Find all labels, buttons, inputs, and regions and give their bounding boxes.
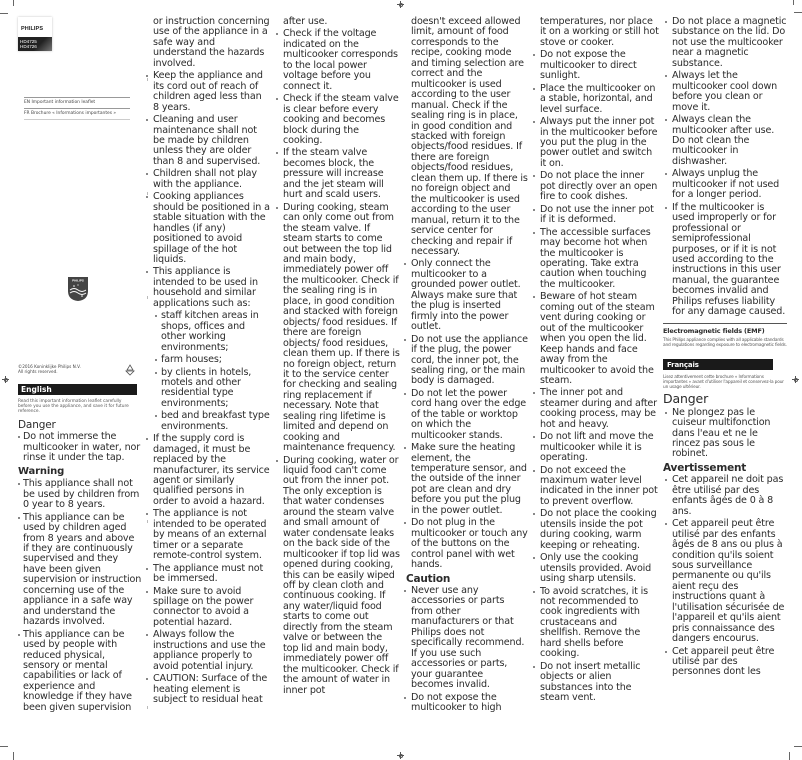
- caution-heading: Caution: [406, 574, 528, 584]
- list-item: During cooking, water or liquid food can…: [274, 456, 400, 696]
- list-item: Do not place a magnetic substance on the…: [663, 17, 787, 69]
- english-column-3: after use. Check if the voltage indicate…: [274, 17, 400, 698]
- leaflet-page: PHILIPS HD4725 HD4726 EN Important infor…: [0, 0, 802, 760]
- sub-list-item: by clients in hotels, motels and other r…: [144, 368, 270, 410]
- list-item: Only use the cooking utensils provided. …: [531, 553, 659, 584]
- english-french-column: Do not place a magnetic substance on the…: [663, 17, 787, 680]
- warning-list-cont: Check if the voltage indicated on the mu…: [274, 29, 400, 696]
- crop-mark: [13, 0, 14, 6]
- list-item: Cet appareil peut être utilisé par des e…: [663, 519, 787, 644]
- list-item: The appliance must not be immersed.: [144, 564, 270, 585]
- registration-mark-icon: [792, 376, 799, 383]
- model-numbers: HD4725 HD4726: [18, 37, 52, 51]
- list-item: Do not use the inner pot if it is deform…: [531, 205, 659, 226]
- english-column-4: doesn't exceed allowed limit, amount of …: [402, 17, 528, 715]
- list-item: If the steam valve becomes block, the pr…: [274, 148, 400, 200]
- model-number: HD4726: [20, 44, 50, 49]
- list-item: Do not expose the multicooker to direct …: [531, 50, 659, 81]
- fold-tick: [147, 520, 148, 523]
- list-item: This appliance can be used by children a…: [18, 513, 142, 628]
- list-item: Children shall not play with the applian…: [144, 169, 270, 190]
- copyright-notice: ©2016 Koninklijke Philips N.V. All right…: [18, 364, 81, 374]
- list-item: Do not use the appliance if the plug, th…: [402, 335, 528, 387]
- continued-text: or instruction concerning use of the app…: [144, 17, 270, 69]
- english-column-2: or instruction concerning use of the app…: [144, 17, 270, 708]
- crop-mark: [794, 12, 802, 13]
- list-item: Cooking appliances should be positioned …: [144, 192, 270, 265]
- warning-heading: Warning: [18, 467, 142, 477]
- list-item: Make sure the heating element, the tempe…: [402, 443, 528, 516]
- list-item: The appliance is not intended to be oper…: [144, 509, 270, 561]
- english-column-5: temperatures, nor place it on a working …: [531, 17, 659, 706]
- list-item: Do not lift and move the multicooker whi…: [531, 432, 659, 463]
- registration-mark-icon: [2, 376, 9, 383]
- language-entry-en: EN Important information leaflet: [24, 97, 130, 108]
- caution-list-cont: Do not place a magnetic substance on the…: [663, 17, 787, 318]
- fold-tick: [147, 78, 148, 81]
- list-item: Do not plug in the multicooker or touch …: [402, 518, 528, 570]
- danger-list: Do not immerse the multicooker in water,…: [18, 432, 142, 463]
- sub-list-item: staff kitchen areas in shops, offices an…: [144, 311, 270, 353]
- crop-mark: [0, 13, 8, 14]
- list-item: Always let the multicooker cool down bef…: [663, 71, 787, 113]
- list-item: Do not immerse the multicooker in water,…: [18, 432, 142, 463]
- list-item: Do not exceed the maximum water level in…: [531, 466, 659, 508]
- section-header-english: English: [18, 384, 137, 395]
- list-item: Keep the appliance and its cord out of r…: [144, 71, 270, 113]
- list-item: If the multicooker is used improperly or…: [663, 203, 787, 318]
- registration-mark-icon: [397, 752, 404, 759]
- list-item: Place the multicooker on a stable, horiz…: [531, 84, 659, 115]
- list-item: During cooking, steam can only come out …: [274, 203, 400, 454]
- english-intro: Read this important information leaflet …: [18, 399, 136, 415]
- crop-mark: [789, 752, 790, 760]
- list-item: Ne plongez pas le cuiseur multifonction …: [663, 408, 787, 460]
- list-item: Check if the steam valve is clear before…: [274, 94, 400, 146]
- caution-list-cont: Do not expose the multicooker to direct …: [531, 50, 659, 703]
- list-item: Do not place the cooking utensils inside…: [531, 509, 659, 551]
- list-item: The accessible surfaces may become hot w…: [531, 228, 659, 291]
- list-item: Do not expose the multicooker to high: [402, 693, 528, 714]
- list-item: Cet appareil ne doit pas être utilisé pa…: [663, 475, 787, 517]
- list-item: Always follow the instructions and use t…: [144, 630, 270, 672]
- warning-list-cont: Only connect the multicooker to a ground…: [402, 259, 528, 570]
- list-item: Do not let the power cord hang over the …: [402, 389, 528, 441]
- list-item: Never use any accessories or parts from …: [402, 586, 528, 691]
- fold-tick: [147, 192, 148, 195]
- philips-shield-icon: PHILIPS: [67, 276, 89, 302]
- list-item: Always clean the multicooker after use. …: [663, 115, 787, 167]
- warning-list: This appliance shall not be used by chil…: [18, 479, 142, 713]
- list-item: To avoid scratches, it is not recommende…: [531, 587, 659, 660]
- crop-mark: [793, 0, 794, 5]
- list-item: Cleaning and user maintenance shall not …: [144, 115, 270, 167]
- warning-list-fr: Cet appareil ne doit pas être utilisé pa…: [663, 475, 787, 678]
- danger-heading-fr: Danger: [663, 394, 787, 404]
- philips-logo-box: PHILIPS HD4725 HD4726: [18, 17, 52, 51]
- list-item: If the supply cord is damaged, it must b…: [144, 434, 270, 507]
- sub-list-item: bed and breakfast type environments.: [144, 411, 270, 432]
- continued-text: doesn't exceed allowed limit, amount of …: [402, 17, 528, 257]
- warning-list-cont: Keep the appliance and its cord out of r…: [144, 71, 270, 705]
- continued-text: after use.: [274, 17, 400, 27]
- list-item: Always put the inner pot in the multicoo…: [531, 117, 659, 169]
- list-item: This appliance shall not be used by chil…: [18, 479, 142, 510]
- list-item: Always unplug the multicooker if not use…: [663, 169, 787, 200]
- warning-heading-fr: Avertissement: [663, 463, 787, 473]
- list-item: Check if the voltage indicated on the mu…: [274, 29, 400, 92]
- section-header-francais: Français: [663, 359, 773, 370]
- fold-tick: [147, 706, 148, 709]
- brand-wordmark: PHILIPS: [21, 26, 43, 32]
- caution-list: Never use any accessories or parts from …: [402, 586, 528, 713]
- emf-text: This Philips appliance complies with all…: [663, 338, 787, 348]
- crop-mark: [13, 752, 14, 760]
- list-item: The inner pot and steamer during and aft…: [531, 388, 659, 430]
- list-item: Do not place the inner pot directly over…: [531, 171, 659, 202]
- english-column-1: Danger Do not immerse the multicooker in…: [18, 419, 142, 715]
- svg-text:PHILIPS: PHILIPS: [72, 278, 84, 282]
- emf-heading: Electromagnetic fields (EMF): [663, 323, 787, 336]
- list-item: CAUTION: Surface of the heating element …: [144, 674, 270, 705]
- list-item: This appliance is intended to be used in…: [144, 267, 270, 309]
- list-item: Beware of hot steam coming out of the st…: [531, 292, 659, 386]
- list-item: Do not insert metallic objects or alien …: [531, 662, 659, 704]
- danger-heading: Danger: [18, 420, 142, 430]
- language-entry-fr: FR Brochure « Informations importantes »: [24, 108, 130, 120]
- danger-list-fr: Ne plongez pas le cuiseur multifonction …: [663, 408, 787, 460]
- list-item: Only connect the multicooker to a ground…: [402, 259, 528, 332]
- continued-text: temperatures, nor place it on a working …: [531, 17, 659, 48]
- list-item: This appliance can be used by people wit…: [18, 630, 142, 714]
- language-index: EN Important information leaflet FR Broc…: [24, 97, 130, 120]
- fold-tick: [147, 296, 148, 299]
- crop-mark: [794, 746, 802, 747]
- francais-intro: Lisez attentivement cette brochure « Inf…: [663, 375, 787, 391]
- list-item: Cet appareil peut être utilisé par des p…: [663, 647, 787, 678]
- rights-line: All rights reserved.: [18, 369, 81, 374]
- crop-mark: [0, 746, 8, 747]
- sub-list-item: farm houses;: [144, 355, 270, 365]
- registration-mark-icon: [397, 1, 404, 8]
- recycle-icon: [124, 364, 136, 376]
- list-item: Make sure to avoid spillage on the power…: [144, 587, 270, 629]
